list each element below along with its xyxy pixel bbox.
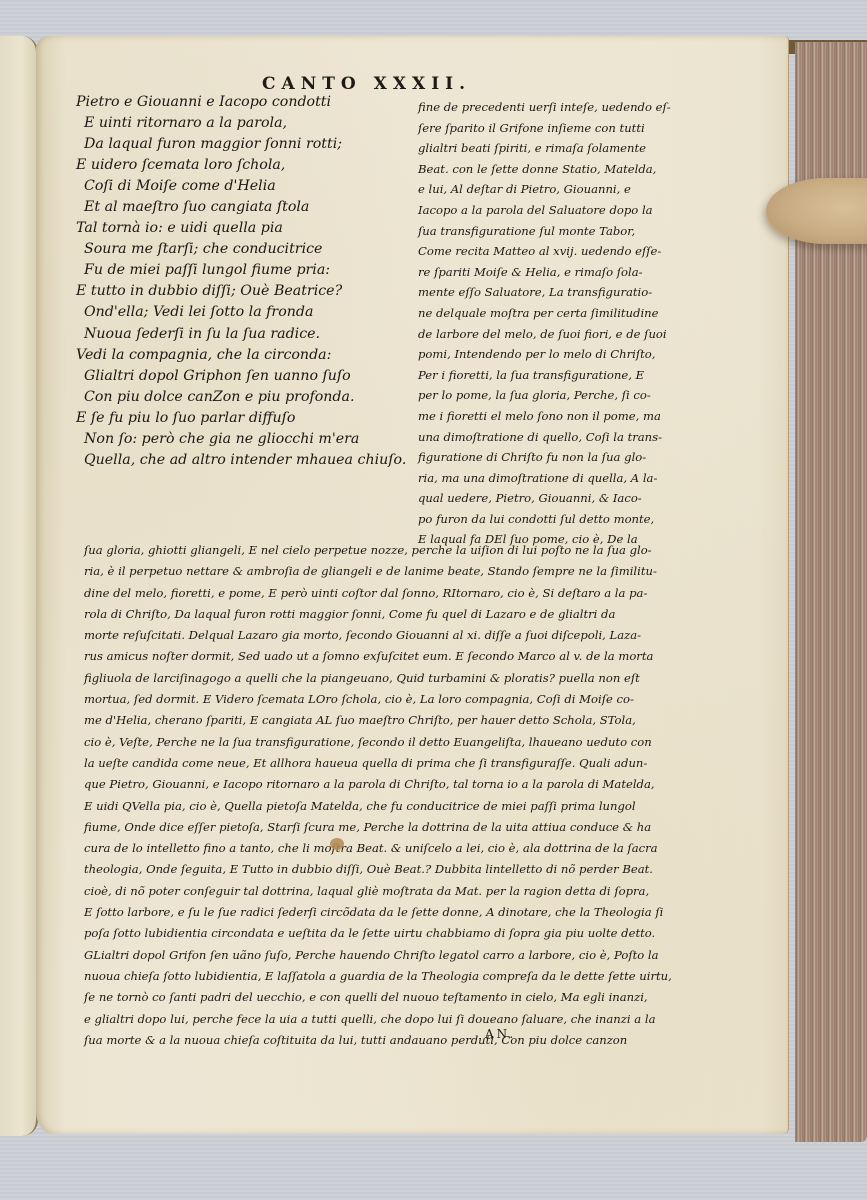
- commentary-line: ſua gloria, ghiotti gliangeli, E nel cie…: [84, 540, 684, 561]
- commentary-line: cio è, Veſte, Perche ne la ſua transfigu…: [84, 732, 684, 753]
- commentary-line: figliuola de larciſinagogo a quelli che …: [84, 668, 684, 689]
- commentary-line: una dimoſtratione di quello, Coſi la tra…: [418, 427, 683, 448]
- commentary-line: figuratione di Chriſto fu non la ſua glo…: [418, 447, 683, 468]
- commentary-line: dine del melo, fioretti, e pome, E però …: [84, 583, 684, 604]
- commentary-line: ſere ſparito il Grifone inſieme con tutt…: [418, 118, 683, 139]
- commentary-line: mente eſſo Saluatore, La transfiguratio-: [418, 282, 683, 303]
- commentary-line: cioè, di nõ poter conſeguir tal dottrina…: [84, 881, 684, 902]
- commentary-line: morte reſuſcitati. Delqual Lazaro gia mo…: [84, 625, 684, 646]
- verse-line: E tutto in dubbio diſſi; Ouè Beatrice?: [76, 281, 406, 302]
- commentary-line: ſe ne tornò co ſanti padri del uecchio, …: [84, 987, 684, 1008]
- commentary-line: E uidi QVella pia, cio è, Quella pietoſa…: [84, 796, 684, 817]
- commentary-line: me d'Helia, cherano ſpariti, E cangiata …: [84, 710, 684, 731]
- commentary-line: ſua morte & a la nuoua chieſa coſtituita…: [84, 1030, 684, 1051]
- commentary-line: po furon da lui condotti ſul detto monte…: [418, 509, 683, 530]
- verse-line: Et al maeſtro ſuo cangiata ſtola: [76, 197, 406, 218]
- commentary-line: de larbore del melo, de ſuoi fiori, e de…: [418, 324, 683, 345]
- commentary-line: rola di Chriſto, Da laqual furon rotti m…: [84, 604, 684, 625]
- verse-line: Glialtri dopol Griphon ſen uanno ſuſo: [76, 366, 406, 387]
- verse-line: Vedi la compagnia, che la circonda:: [76, 345, 406, 366]
- commentary-line: Come recita Matteo al xvij. uedendo eſſe…: [418, 241, 683, 262]
- running-head: CANTO XXXII.: [262, 74, 471, 94]
- verse-block: Pietro e Giouanni e Iacopo condotti E ui…: [76, 92, 406, 471]
- commentary-line: Iacopo a la parola del Saluatore dopo la: [418, 200, 683, 221]
- commentary-line: mortua, ſed dormit. E Videro ſcemata LOr…: [84, 689, 684, 710]
- verse-line: Da laqual furon maggior ſonni rotti;: [76, 134, 406, 155]
- commentary-line: me i fioretti el melo ſono non il pome, …: [418, 406, 683, 427]
- verse-line: E uinti ritornaro a la parola,: [76, 113, 406, 134]
- commentary-line: Per i fioretti, la ſua transfiguratione,…: [418, 365, 683, 386]
- facing-page-edge: [0, 36, 38, 1136]
- commentary-line: cura de lo intelletto fino a tanto, che …: [84, 838, 684, 859]
- verse-line: Tal tornà io: e uidi quella pia: [76, 218, 406, 239]
- commentary-full-width: ſua gloria, ghiotti gliangeli, E nel cie…: [84, 540, 684, 1051]
- commentary-line: GLialtri dopol Grifon ſen uãno ſuſo, Per…: [84, 945, 684, 966]
- commentary-line: fiume, Onde dice eſſer pietoſa, Starſi ſ…: [84, 817, 684, 838]
- verse-line: Pietro e Giouanni e Iacopo condotti: [76, 92, 406, 113]
- commentary-line: fine de precedenti uerſi inteſe, uedendo…: [418, 97, 683, 118]
- ink-stain: [330, 838, 344, 850]
- verse-line: Nuoua ſederſi in ſu la ſua radice.: [76, 324, 406, 345]
- catchword: AN.: [485, 1027, 516, 1041]
- commentary-line: e lui, Al deſtar di Pietro, Giouanni, e: [418, 179, 683, 200]
- verse-line: Coſi di Moiſe come d'Helia: [76, 176, 406, 197]
- verse-line: Non ſo: però che gia ne gliocchi m'era: [76, 429, 406, 450]
- verse-line: Ond'ella; Vedi lei ſotto la fronda: [76, 302, 406, 323]
- commentary-line: la ueſte candida come neue, Et allhora h…: [84, 753, 684, 774]
- commentary-line: poſa ſotto lubidientia circondata e ueſt…: [84, 923, 684, 944]
- commentary-column: fine de precedenti uerſi inteſe, uedendo…: [418, 97, 683, 550]
- commentary-line: re ſpariti Moiſe & Helia, e rimaſo ſola-: [418, 262, 683, 283]
- verse-line: E ſe fu piu lo ſuo parlar diffuſo: [76, 408, 406, 429]
- commentary-line: ſua transfiguratione ſul monte Tabor,: [418, 221, 683, 242]
- commentary-line: rus amicus noſter dormit, Sed uado ut a …: [84, 646, 684, 667]
- commentary-line: e glialtri dopo lui, perche fece la uia …: [84, 1009, 684, 1030]
- commentary-line: theologia, Onde ſeguita, E Tutto in dubb…: [84, 859, 684, 880]
- commentary-line: qual uedere, Pietro, Giouanni, & Iaco-: [418, 488, 683, 509]
- commentary-line: ne delquale moſtra per certa ſimilitudin…: [418, 303, 683, 324]
- commentary-line: per lo pome, la ſua gloria, Perche, ſi c…: [418, 385, 683, 406]
- verse-line: Con piu dolce canZon e piu profonda.: [76, 387, 406, 408]
- verse-line: Quella, che ad altro intender mhauea chi…: [76, 450, 406, 471]
- commentary-line: nuoua chieſa ſotto lubidientia, E laſſat…: [84, 966, 684, 987]
- commentary-line: que Pietro, Giouanni, e Iacopo ritornaro…: [84, 774, 684, 795]
- commentary-line: glialtri beati ſpiriti, e rimaſa ſolamen…: [418, 138, 683, 159]
- verse-line: Fu de miei paſſi lungol fiume pria:: [76, 260, 406, 281]
- commentary-line: ria, è il perpetuo nettare & ambroſia de…: [84, 561, 684, 582]
- commentary-line: E ſotto larbore, e ſu le ſue radici ſede…: [84, 902, 684, 923]
- verse-line: E uidero ſcemata loro ſchola,: [76, 155, 406, 176]
- commentary-line: Beat. con le ſette donne Statio, Matelda…: [418, 159, 683, 180]
- verse-line: Soura me ſtarſi; che conducitrice: [76, 239, 406, 260]
- commentary-line: ria, ma una dimoſtratione di quella, A l…: [418, 468, 683, 489]
- commentary-line: pomi, Intendendo per lo melo di Chriſto,: [418, 344, 683, 365]
